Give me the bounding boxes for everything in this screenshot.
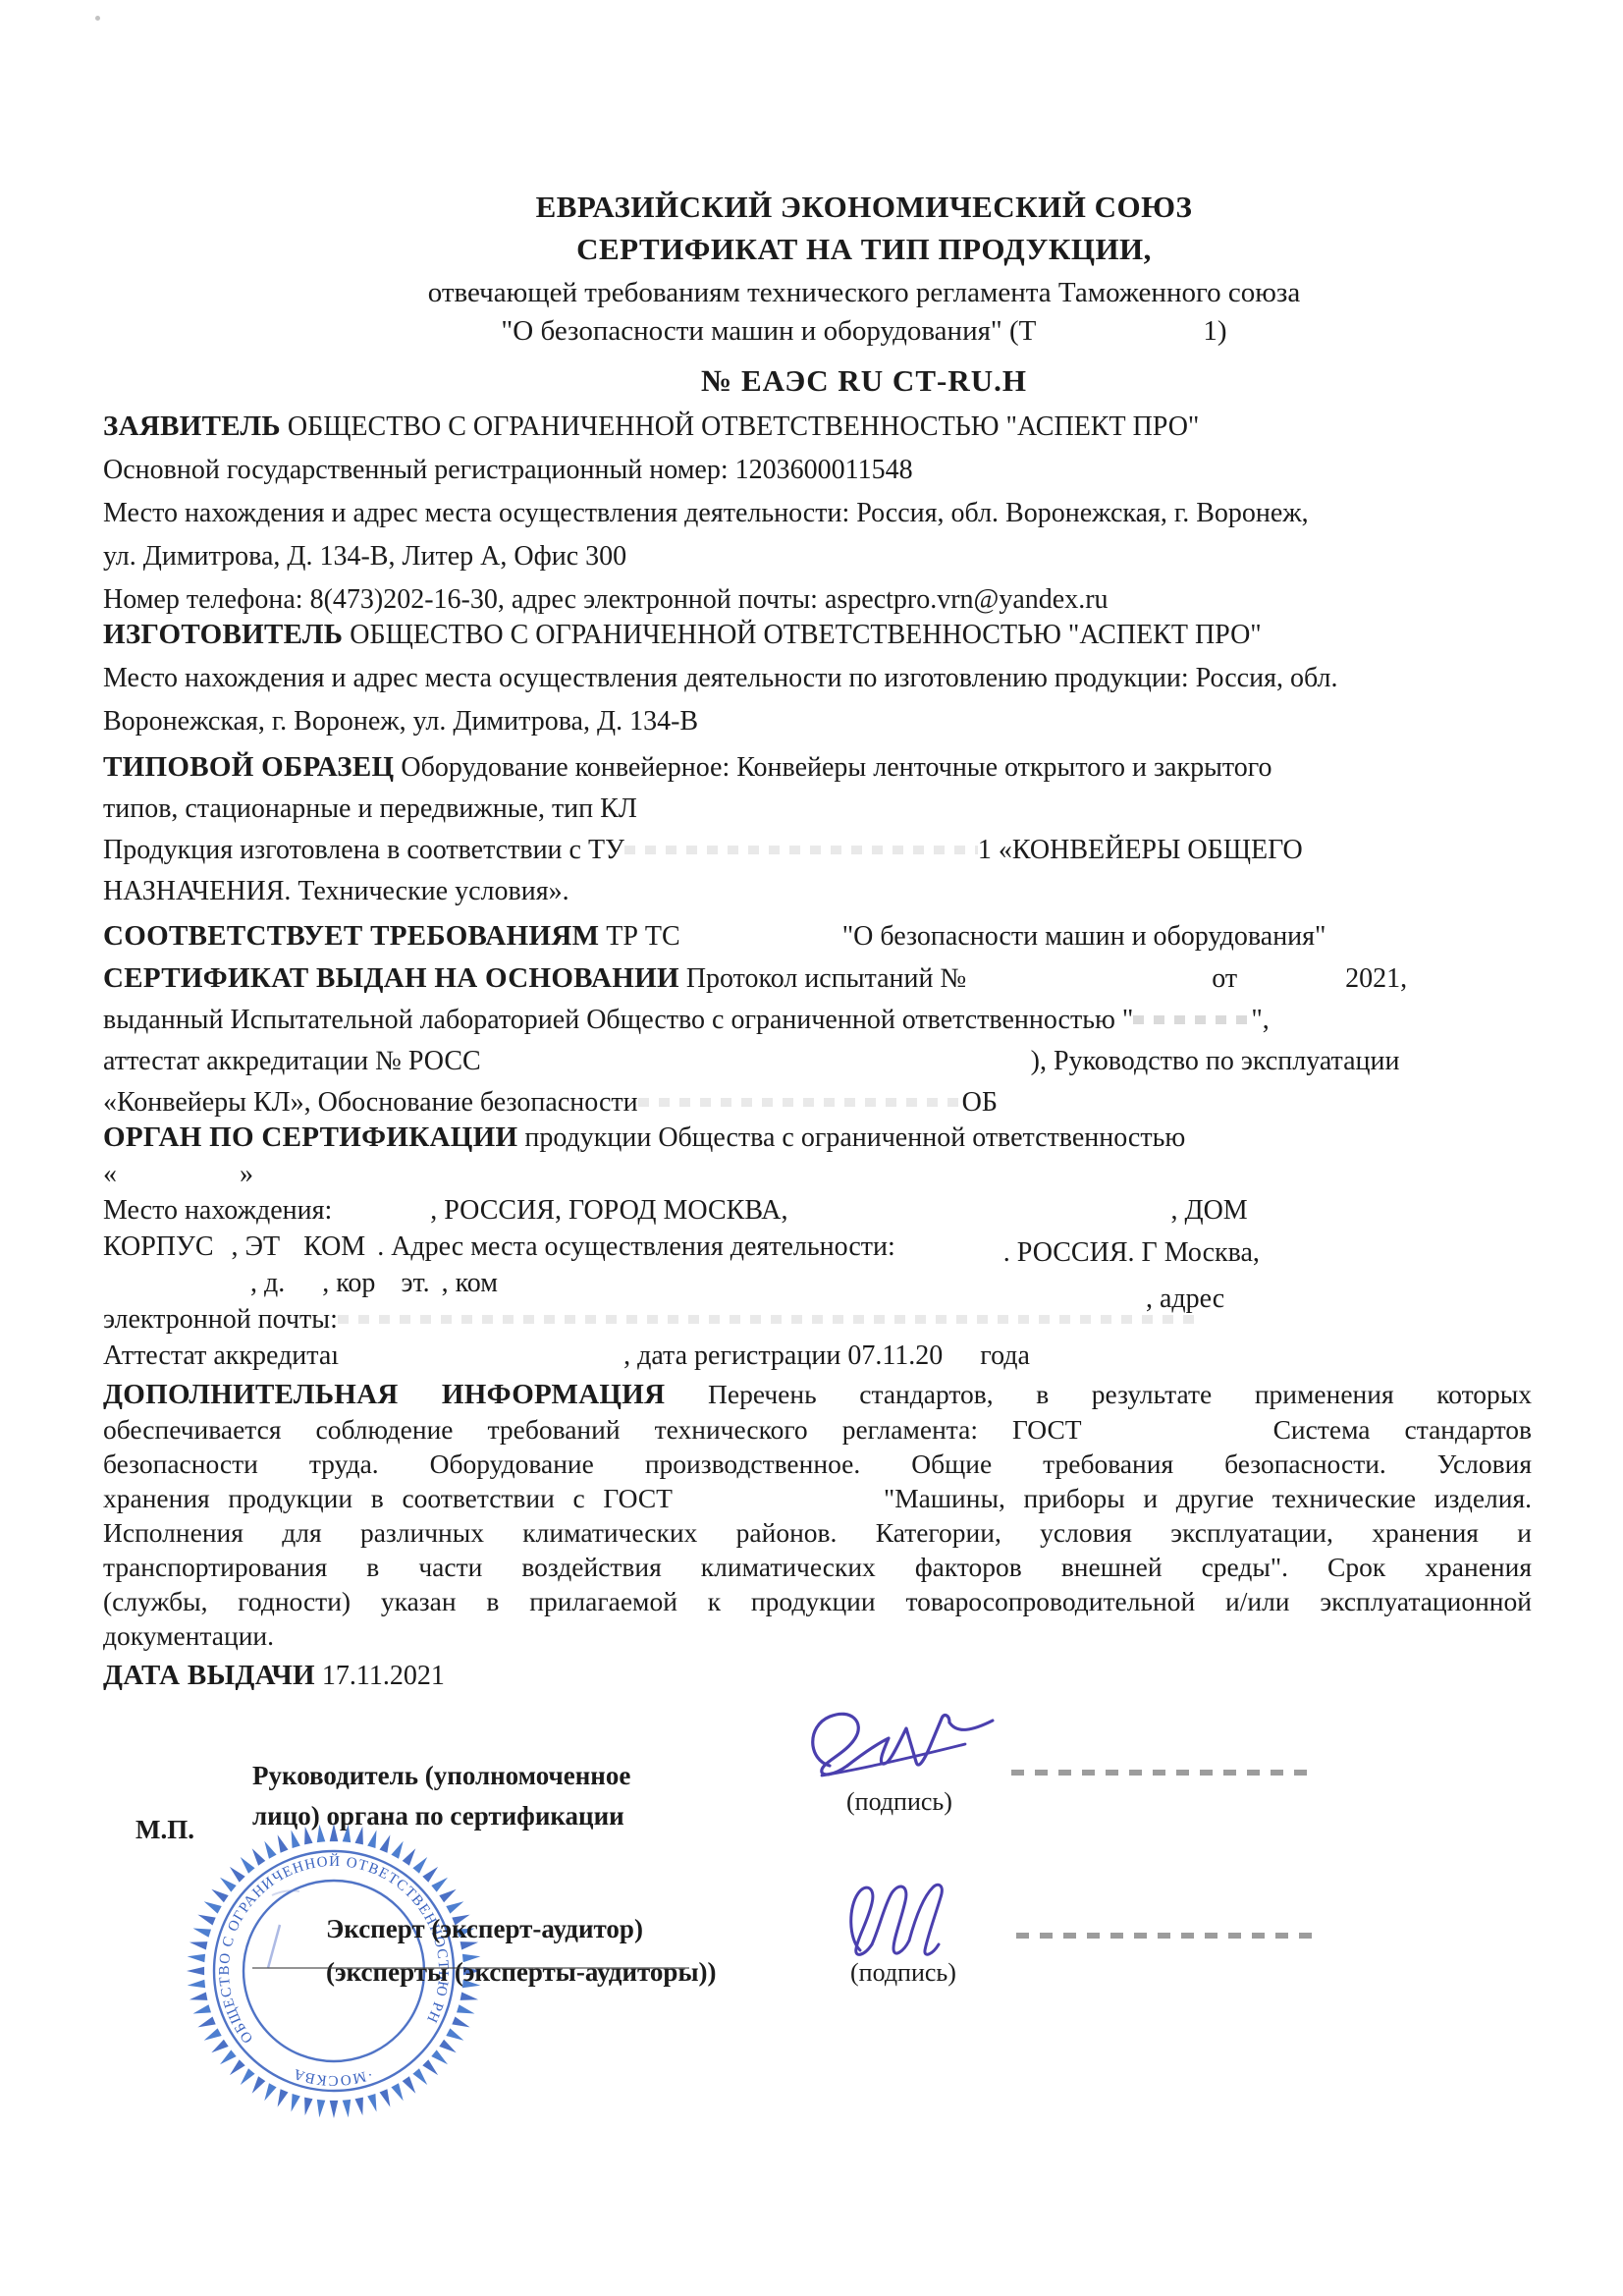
manufacturer-name-line: ИЗГОТОВИТЕЛЬ ОБЩЕСТВО С ОГРАНИЧЕННОЙ ОТВ…: [103, 613, 1532, 657]
head-label-line1: Руководитель (уполномоченное: [252, 1756, 630, 1796]
loc-et2: эт.: [401, 1268, 429, 1298]
additional-text1: Перечень стандартов, в результате примен…: [665, 1379, 1532, 1409]
attestat-post: ), Руководство по эксплуатации: [1031, 1046, 1400, 1076]
manufacturer-name: ОБЩЕСТВО С ОГРАНИЧЕННОЙ ОТВЕТСТВЕННОСТЬЮ…: [343, 620, 1261, 650]
protocol-ot: от: [1212, 963, 1237, 994]
loc-dom: , ДОМ: [1170, 1195, 1247, 1226]
header-regulation: "О безопасности машин и оборудования" (Т…: [108, 311, 1620, 352]
lab-text: выданный Испытательной лабораторией Обще…: [103, 1005, 1133, 1035]
additional-line6: транспортирования в части воздействия кл…: [103, 1550, 1532, 1584]
redacted-email: [338, 1315, 1202, 1324]
applicant-name-line: ЗАЯВИТЕЛЬ ОБЩЕСТВО С ОГРАНИЧЕННОЙ ОТВЕТС…: [103, 405, 1532, 449]
seal-bottom-text: ·МОСКВА: [291, 2065, 375, 2089]
additional-gost1-post: Система стандартов: [1273, 1414, 1532, 1445]
additional-line7: (службы, годности) указан в прилагаемой …: [103, 1584, 1532, 1618]
loc-kom: КОМ: [303, 1231, 365, 1262]
applicant-name: ОБЩЕСТВО С ОГРАНИЧЕННОЙ ОТВЕТСТВЕННОСТЬЮ…: [281, 411, 1199, 442]
org-intro: продукции Общества с ограниченной ответс…: [517, 1122, 1185, 1153]
loc-adres: , адрес: [1146, 1284, 1224, 1314]
redacted-lab-name: [1133, 1015, 1251, 1024]
certificate-page: ЕВРАЗИЙСКИЙ ЭКОНОМИЧЕСКИЙ СОЮЗ СЕРТИФИКА…: [0, 0, 1623, 2296]
conformity-basis-section: СООТВЕТСТВУЕТ ТРЕБОВАНИЯМ ТР ТС"О безопа…: [103, 915, 1532, 1123]
org-house-line: , д., корэт., ком, адрес: [103, 1265, 1532, 1301]
additional-line8: документации.: [103, 1618, 1532, 1653]
basis-safety-line: «Конвейеры КЛ», Обоснование безопасности…: [103, 1082, 1532, 1123]
applicant-address-line2: ул. Димитрова, Д. 134-В, Литер А, Офис 3…: [103, 535, 1532, 578]
signature-caption-2: (подпись): [850, 1958, 956, 1988]
certificate-number: № ЕАЭС RU СТ-RU.Н: [108, 363, 1620, 399]
lab-close: ",: [1251, 1005, 1269, 1035]
union-title: ЕВРАЗИЙСКИЙ ЭКОНОМИЧЕСКИЙ СОЮЗ: [108, 187, 1620, 228]
seal-inner-mark: [268, 1925, 280, 1968]
loc-label: Место нахождения:: [103, 1195, 332, 1226]
conformity-line: СООТВЕТСТВУЕТ ТРЕБОВАНИЯМ ТР ТС"О безопа…: [103, 915, 1532, 957]
expert-signature: [842, 1880, 965, 1963]
issue-date-line: ДАТА ВЫДАЧИ 17.11.2021: [103, 1654, 1532, 1698]
redacted-expert-name: [1016, 1933, 1321, 1939]
redacted-tu-number: [624, 846, 978, 854]
org-quote-open: «: [103, 1159, 117, 1189]
conformity-label: СООТВЕТСТВУЕТ ТРЕБОВАНИЯМ: [103, 920, 599, 952]
loc-addr-city: . РОССИЯ. Г Москва,: [1003, 1237, 1260, 1268]
additional-label: ДОПОЛНИТЕЛЬНАЯ ИНФОРМАЦИЯ: [103, 1379, 665, 1410]
redacted-head-name: [1011, 1770, 1318, 1776]
additional-gost1-pre: обеспечивается соблюдение требований тех…: [103, 1414, 1082, 1445]
sample-made-pre: Продукция изготовлена в соответствии с Т…: [103, 835, 624, 865]
org-korpus-line: КОРПУС, ЭТКОМ. Адрес места осуществления…: [103, 1229, 1532, 1265]
loc-addr-label: . Адрес места осуществления деятельности…: [377, 1231, 895, 1262]
scan-artifact-dot: [95, 16, 100, 21]
org-attestat-line: Аттестат аккредитаı, дата регистрации 07…: [103, 1338, 1532, 1374]
protocol-year: 2021,: [1345, 963, 1407, 994]
basis-protocol-line: СЕРТИФИКАТ ВЫДАН НА ОСНОВАНИИ Протокол и…: [103, 957, 1532, 1000]
certification-body-section: ОРГАН ПО СЕРТИФИКАЦИИ продукции Общества…: [103, 1120, 1532, 1374]
org-name-line: «»: [103, 1156, 1532, 1192]
org-attestat-mid: , дата регистрации 07.11.20: [623, 1340, 943, 1371]
basis-attestat-line: аттестат аккредитации № РОСС), Руководст…: [103, 1041, 1532, 1082]
loc-et: , ЭТ: [232, 1231, 281, 1262]
expert-label-line1: Эксперт (эксперт-аудитор): [326, 1907, 717, 1950]
expert-label-line2: (эксперты (эксперты-аудиторы)): [326, 1950, 717, 1994]
org-quote-close: »: [240, 1159, 253, 1189]
org-intro-line: ОРГАН ПО СЕРТИФИКАЦИИ продукции Общества…: [103, 1120, 1532, 1156]
sample-label: ТИПОВОЙ ОБРАЗЕЦ: [103, 751, 394, 783]
loc-kor: , кор: [322, 1268, 375, 1298]
safety-ob: ОБ: [962, 1087, 998, 1118]
sample-made-line: Продукция изготовлена в соответствии с Т…: [103, 830, 1532, 871]
additional-line5: Исполнения для различных климатических р…: [103, 1515, 1532, 1550]
additional-info-section: ДОПОЛНИТЕЛЬНАЯ ИНФОРМАЦИЯ Перечень станд…: [103, 1377, 1532, 1653]
sample-desc-line1: ТИПОВОЙ ОБРАЗЕЦ Оборудование конвейерное…: [103, 746, 1532, 789]
head-signature: [800, 1705, 1036, 1788]
basis-lab-line: выданный Испытательной лабораторией Обще…: [103, 1000, 1532, 1041]
applicant-ogrn-line: Основной государственный регистрационный…: [103, 449, 1532, 492]
basis-label: СЕРТИФИКАТ ВЫДАН НА ОСНОВАНИИ: [103, 962, 679, 994]
issue-date-value: 17.11.2021: [315, 1661, 445, 1691]
sample-desc-line2: типов, стационарные и передвижные, тип К…: [103, 789, 1532, 830]
loc-korpus: КОРПУС: [103, 1231, 214, 1262]
sample-made-line2: НАЗНАЧЕНИЯ. Технические условия».: [103, 871, 1532, 912]
manufacturer-section: ИЗГОТОВИТЕЛЬ ОБЩЕСТВО С ОГРАНИЧЕННОЙ ОТВ…: [103, 613, 1532, 743]
org-attestat-pre: Аттестат аккредитаı: [103, 1340, 339, 1371]
additional-line3: безопасности труда. Оборудование произво…: [103, 1447, 1532, 1481]
applicant-address-line1: Место нахождения и адрес места осуществл…: [103, 492, 1532, 535]
manufacturer-address-line1: Место нахождения и адрес места осуществл…: [103, 657, 1532, 700]
doc-type-title: СЕРТИФИКАТ НА ТИП ПРОДУКЦИИ,: [108, 229, 1620, 270]
org-attestat-post: года: [980, 1340, 1030, 1371]
additional-line1: ДОПОЛНИТЕЛЬНАЯ ИНФОРМАЦИЯ Перечень станд…: [103, 1377, 1532, 1412]
header-subtitle: отвечающей требованиям технического регл…: [108, 273, 1620, 313]
org-label: ОРГАН ПО СЕРТИФИКАЦИИ: [103, 1121, 517, 1153]
org-location-line: Место нахождения:, РОССИЯ, ГОРОД МОСКВА,…: [103, 1192, 1532, 1229]
applicant-label: ЗАЯВИТЕЛЬ: [103, 410, 281, 442]
manufacturer-address-line2: Воронежская, г. Воронеж, ул. Димитрова, …: [103, 700, 1532, 743]
manufacturer-label: ИЗГОТОВИТЕЛЬ: [103, 619, 343, 650]
safety-text: «Конвейеры КЛ», Обоснование безопасности: [103, 1087, 638, 1118]
additional-line2: обеспечивается соблюдение требований тех…: [103, 1412, 1532, 1447]
additional-gost2-post: "Машины, приборы и другие технические из…: [884, 1483, 1532, 1513]
tr-title-text: "О безопасности машин и оборудования": [842, 921, 1326, 952]
additional-gost2-pre: хранения продукции в соответствии с ГОСТ: [103, 1483, 673, 1513]
additional-line4: хранения продукции в соответствии с ГОСТ…: [103, 1481, 1532, 1515]
signature-caption-1: (подпись): [846, 1787, 952, 1817]
sample-desc: Оборудование конвейерное: Конвейеры лент…: [394, 752, 1271, 783]
loc-city: , РОССИЯ, ГОРОД МОСКВА,: [430, 1195, 787, 1226]
loc-d: , д.: [250, 1268, 285, 1298]
tr-ts-text: ТР ТС: [599, 921, 679, 952]
regulation-number-fragment: 1): [1203, 315, 1226, 347]
expert-rule-line: [252, 1967, 689, 1969]
redacted-safety-code: [638, 1098, 962, 1107]
regulation-text: "О безопасности машин и оборудования" (Т: [501, 315, 1036, 347]
type-sample-section: ТИПОВОЙ ОБРАЗЕЦ Оборудование конвейерное…: [103, 746, 1532, 912]
email-label: электронной почты:: [103, 1304, 338, 1335]
loc-kom2: , ком: [442, 1268, 498, 1298]
applicant-section: ЗАЯВИТЕЛЬ ОБЩЕСТВО С ОГРАНИЧЕННОЙ ОТВЕТС…: [103, 405, 1532, 622]
org-email-line: электронной почты:: [103, 1301, 1532, 1338]
issue-date-label: ДАТА ВЫДАЧИ: [103, 1660, 315, 1691]
protocol-text: Протокол испытаний №: [679, 963, 966, 994]
attestat-text: аттестат аккредитации № РОСС: [103, 1046, 481, 1076]
sample-made-post: 1 «КОНВЕЙЕРЫ ОБЩЕГО: [978, 835, 1303, 865]
expert-label: Эксперт (эксперт-аудитор) (эксперты (экс…: [326, 1907, 717, 1994]
